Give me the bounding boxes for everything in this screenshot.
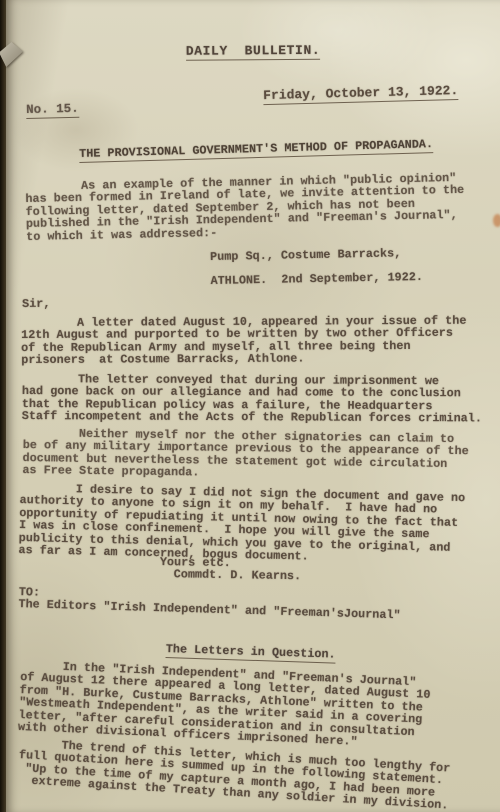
section-heading: The Letters in Question. [166,643,336,661]
letter-paragraph-3: Neither myself nor the other signatories… [22,427,469,483]
paper-tab-icon [0,42,23,67]
scanned-document-scene: DAILY BULLETIN. Friday, October 13, 1922… [0,0,500,812]
text-line: Staff incompetent and the Acts of the Re… [22,410,482,425]
section-paragraph-1: In the "Irish Independent" and "Freeman'… [18,659,431,751]
letter-address-block: Pump Sq., Costume Barracks,ATHLONE. 2nd … [210,247,423,288]
issue-number: No. 15. [26,103,79,117]
headline-text: THE PROVISIONAL GOVERNMENT'S METHOD OF P… [79,137,433,163]
text-line: prisoners at Costume Barracks, Athlone. [21,352,466,367]
letter-paragraph-2: The letter conveyed that during our impr… [22,373,482,425]
salutation-text: Sir, [22,297,50,311]
text-line: Commdt. D. Kearns. [174,569,302,583]
red-ink-mark [493,214,500,227]
masthead-text: DAILY BULLETIN. [186,43,321,61]
section-heading-text: The Letters in Question. [166,642,336,664]
headline: THE PROVISIONAL GOVERNMENT'S METHOD OF P… [79,138,433,160]
letter-paragraph-1: A letter dated August 10, appeared in yo… [21,315,467,367]
letter-salutation: Sir, [22,298,50,311]
date-line: Friday, October 13, 1922. [263,85,458,103]
letter-addressees: TO:The Editors "Irish Independent" and "… [18,586,401,622]
intro-paragraph: As an example of the manner in which "pu… [25,172,465,243]
issue-number-text: No. 15. [26,102,79,119]
text-line: ATHLONE. 2nd September, 1922. [210,271,423,287]
letter-closing-signature: Yours etc.Commdt. D. Kearns. [160,556,302,583]
bulletin-page: DAILY BULLETIN. Friday, October 13, 1922… [6,0,500,812]
masthead-title: DAILY BULLETIN. [6,44,500,60]
date-text: Friday, October 13, 1922. [263,83,458,105]
letter-paragraph-4: I desire to say I did not sign the docum… [18,482,465,567]
text-line: Pump Sq., Costume Barracks, [210,247,423,263]
